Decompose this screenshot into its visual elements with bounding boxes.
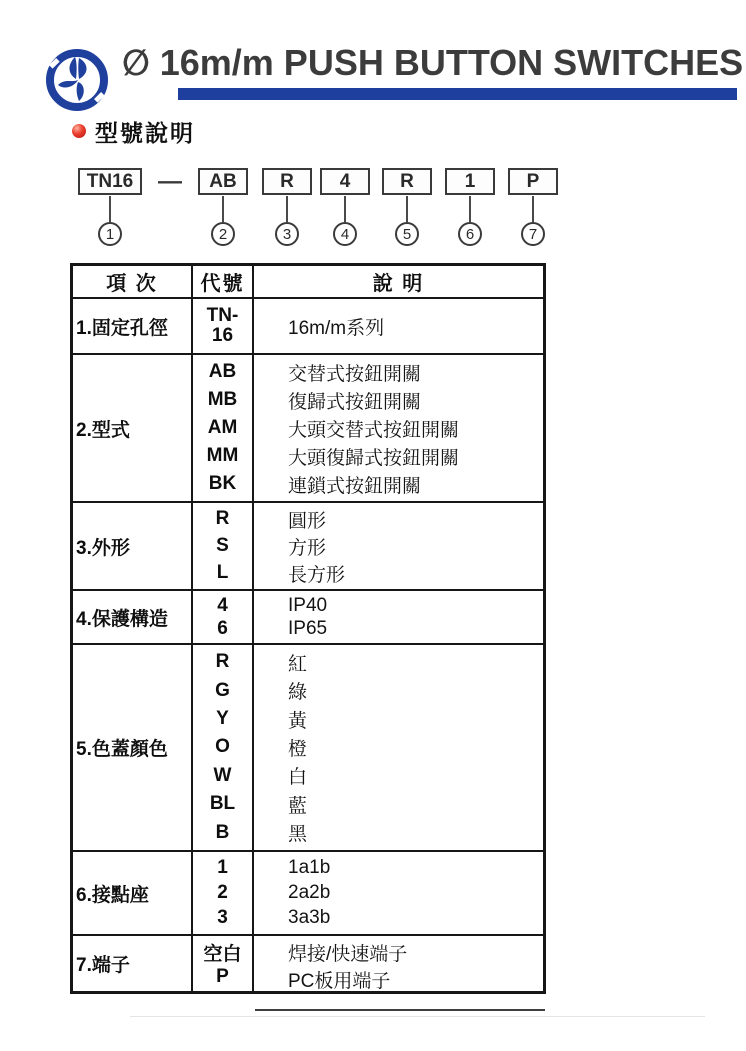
description-value: 藍	[288, 791, 543, 818]
page-title: ∅ 16m/m PUSH BUTTON SWITCHES	[122, 42, 738, 84]
description-value: 橙	[288, 734, 543, 761]
description-value: 綠	[288, 677, 543, 704]
row-item-label: 3.外形	[73, 503, 193, 589]
code-value: TN-	[207, 306, 239, 326]
position-number-circle: 2	[211, 222, 235, 246]
row-descriptions: 16m/m系列	[254, 299, 543, 353]
code-value: BK	[209, 473, 236, 495]
row-item-label: 5.色蓋顏色	[73, 645, 193, 850]
title-underline-bar	[178, 88, 737, 100]
model-code-diagram: — TN161AB2R344R516P7	[0, 168, 746, 246]
position-number-circle: 1	[98, 222, 122, 246]
description-value: 1a1b	[288, 857, 543, 879]
connector-line	[286, 196, 288, 222]
description-value: 白	[288, 762, 543, 789]
position-number-circle: 6	[458, 222, 482, 246]
code-value: 2	[217, 882, 228, 904]
connector-line	[109, 196, 111, 222]
code-value: G	[215, 680, 230, 702]
code-separator: —	[150, 168, 190, 195]
description-value: 黃	[288, 706, 543, 733]
connector-line	[406, 196, 408, 222]
position-number-circle: 5	[395, 222, 419, 246]
table-bottom-shadow	[255, 1009, 545, 1011]
code-value: R	[216, 508, 230, 530]
description-value: 大頭交替式按鈕開關	[288, 415, 543, 442]
table-row: 4.保護構造46IP40IP65	[73, 589, 543, 643]
header-description: 說 明	[254, 266, 543, 297]
position-number-circle: 7	[521, 222, 545, 246]
connector-line	[469, 196, 471, 222]
position-number-circle: 3	[275, 222, 299, 246]
code-value: 1	[217, 857, 228, 879]
code-value: P	[216, 966, 229, 988]
code-value: 6	[217, 618, 228, 640]
connector-line	[344, 196, 346, 222]
row-descriptions: 紅綠黃橙白藍黑	[254, 645, 543, 850]
description-value: 黑	[288, 819, 543, 846]
code-value: R	[216, 651, 230, 673]
code-box: R	[382, 168, 432, 195]
code-box: P	[508, 168, 558, 195]
description-value: 焊接/快速端子	[288, 939, 543, 966]
header-code: 代號	[193, 266, 254, 297]
header-item: 項 次	[73, 266, 193, 297]
position-number-circle: 4	[333, 222, 357, 246]
code-box: R	[262, 168, 312, 195]
row-codes: RGYOWBLB	[193, 645, 254, 850]
row-item-label: 4.保護構造	[73, 591, 193, 643]
row-item-label: 7.端子	[73, 936, 193, 991]
table-row: 3.外形RSL圓形方形長方形	[73, 501, 543, 589]
table-row: 2.型式ABMBAMMMBK交替式按鈕開關復歸式按鈕開關大頭交替式按鈕開關大頭復…	[73, 353, 543, 501]
catalog-page: ∅ 16m/m PUSH BUTTON SWITCHES 型號說明 — TN16…	[0, 0, 746, 1051]
description-value: 16m/m系列	[288, 313, 543, 340]
description-value: IP40	[288, 595, 543, 617]
row-codes: ABMBAMMMBK	[193, 355, 254, 501]
connector-line	[222, 196, 224, 222]
row-item-label: 2.型式	[73, 355, 193, 501]
code-value: AM	[208, 417, 238, 439]
scan-artifact-line	[130, 1016, 705, 1017]
section-heading: 型號說明	[72, 114, 195, 148]
description-value: 大頭復歸式按鈕開關	[288, 443, 543, 470]
connector-line	[532, 196, 534, 222]
code-value: Y	[216, 708, 229, 730]
description-value: 方形	[288, 533, 543, 560]
row-codes: 123	[193, 852, 254, 934]
description-value: 交替式按鈕開關	[288, 359, 543, 386]
spec-table: 項 次 代號 說 明 1.固定孔徑TN-1616m/m系列2.型式ABMBAMM…	[70, 263, 546, 994]
row-codes: 46	[193, 591, 254, 643]
table-row: 1.固定孔徑TN-1616m/m系列	[73, 297, 543, 353]
table-header-row: 項 次 代號 說 明	[73, 266, 543, 297]
code-value: O	[215, 736, 230, 758]
table-row: 5.色蓋顏色RGYOWBLB紅綠黃橙白藍黑	[73, 643, 543, 850]
code-box: 4	[320, 168, 370, 195]
code-value: L	[217, 562, 229, 584]
row-descriptions: IP40IP65	[254, 591, 543, 643]
code-value: S	[216, 535, 229, 557]
description-value: 紅	[288, 649, 543, 676]
description-value: 長方形	[288, 560, 543, 587]
description-value: 圓形	[288, 506, 543, 533]
code-value: MB	[208, 389, 238, 411]
row-descriptions: 交替式按鈕開關復歸式按鈕開關大頭交替式按鈕開關大頭復歸式按鈕開關連鎖式按鈕開關	[254, 355, 543, 501]
code-value: 3	[217, 907, 228, 929]
code-box: 1	[445, 168, 495, 195]
description-value: 連鎖式按鈕開關	[288, 471, 543, 498]
red-bullet-icon	[72, 124, 86, 138]
row-codes: TN-16	[193, 299, 254, 353]
spec-table-body: 1.固定孔徑TN-1616m/m系列2.型式ABMBAMMMBK交替式按鈕開關復…	[73, 297, 543, 991]
code-value: 空白	[203, 939, 241, 966]
row-codes: RSL	[193, 503, 254, 589]
description-value: IP65	[288, 618, 543, 640]
description-value: 3a3b	[288, 907, 543, 929]
code-value: 16	[212, 326, 233, 346]
code-value: B	[216, 822, 230, 844]
code-box: AB	[198, 168, 248, 195]
row-codes: 空白P	[193, 936, 254, 991]
code-value: 4	[217, 595, 228, 617]
code-value: MM	[207, 445, 239, 467]
description-value: 復歸式按鈕開關	[288, 387, 543, 414]
row-descriptions: 1a1b2a2b3a3b	[254, 852, 543, 934]
table-row: 6.接點座1231a1b2a2b3a3b	[73, 850, 543, 934]
code-value: BL	[210, 793, 235, 815]
code-value: AB	[209, 361, 236, 383]
row-descriptions: 圓形方形長方形	[254, 503, 543, 589]
description-value: PC板用端子	[288, 966, 543, 991]
row-item-label: 1.固定孔徑	[73, 299, 193, 353]
code-box: TN16	[78, 168, 142, 195]
company-logo-icon	[44, 45, 110, 115]
section-title: 型號說明	[95, 115, 195, 148]
table-row: 7.端子空白P焊接/快速端子PC板用端子	[73, 934, 543, 991]
code-value: W	[214, 765, 232, 787]
description-value: 2a2b	[288, 882, 543, 904]
row-item-label: 6.接點座	[73, 852, 193, 934]
row-descriptions: 焊接/快速端子PC板用端子	[254, 936, 543, 991]
